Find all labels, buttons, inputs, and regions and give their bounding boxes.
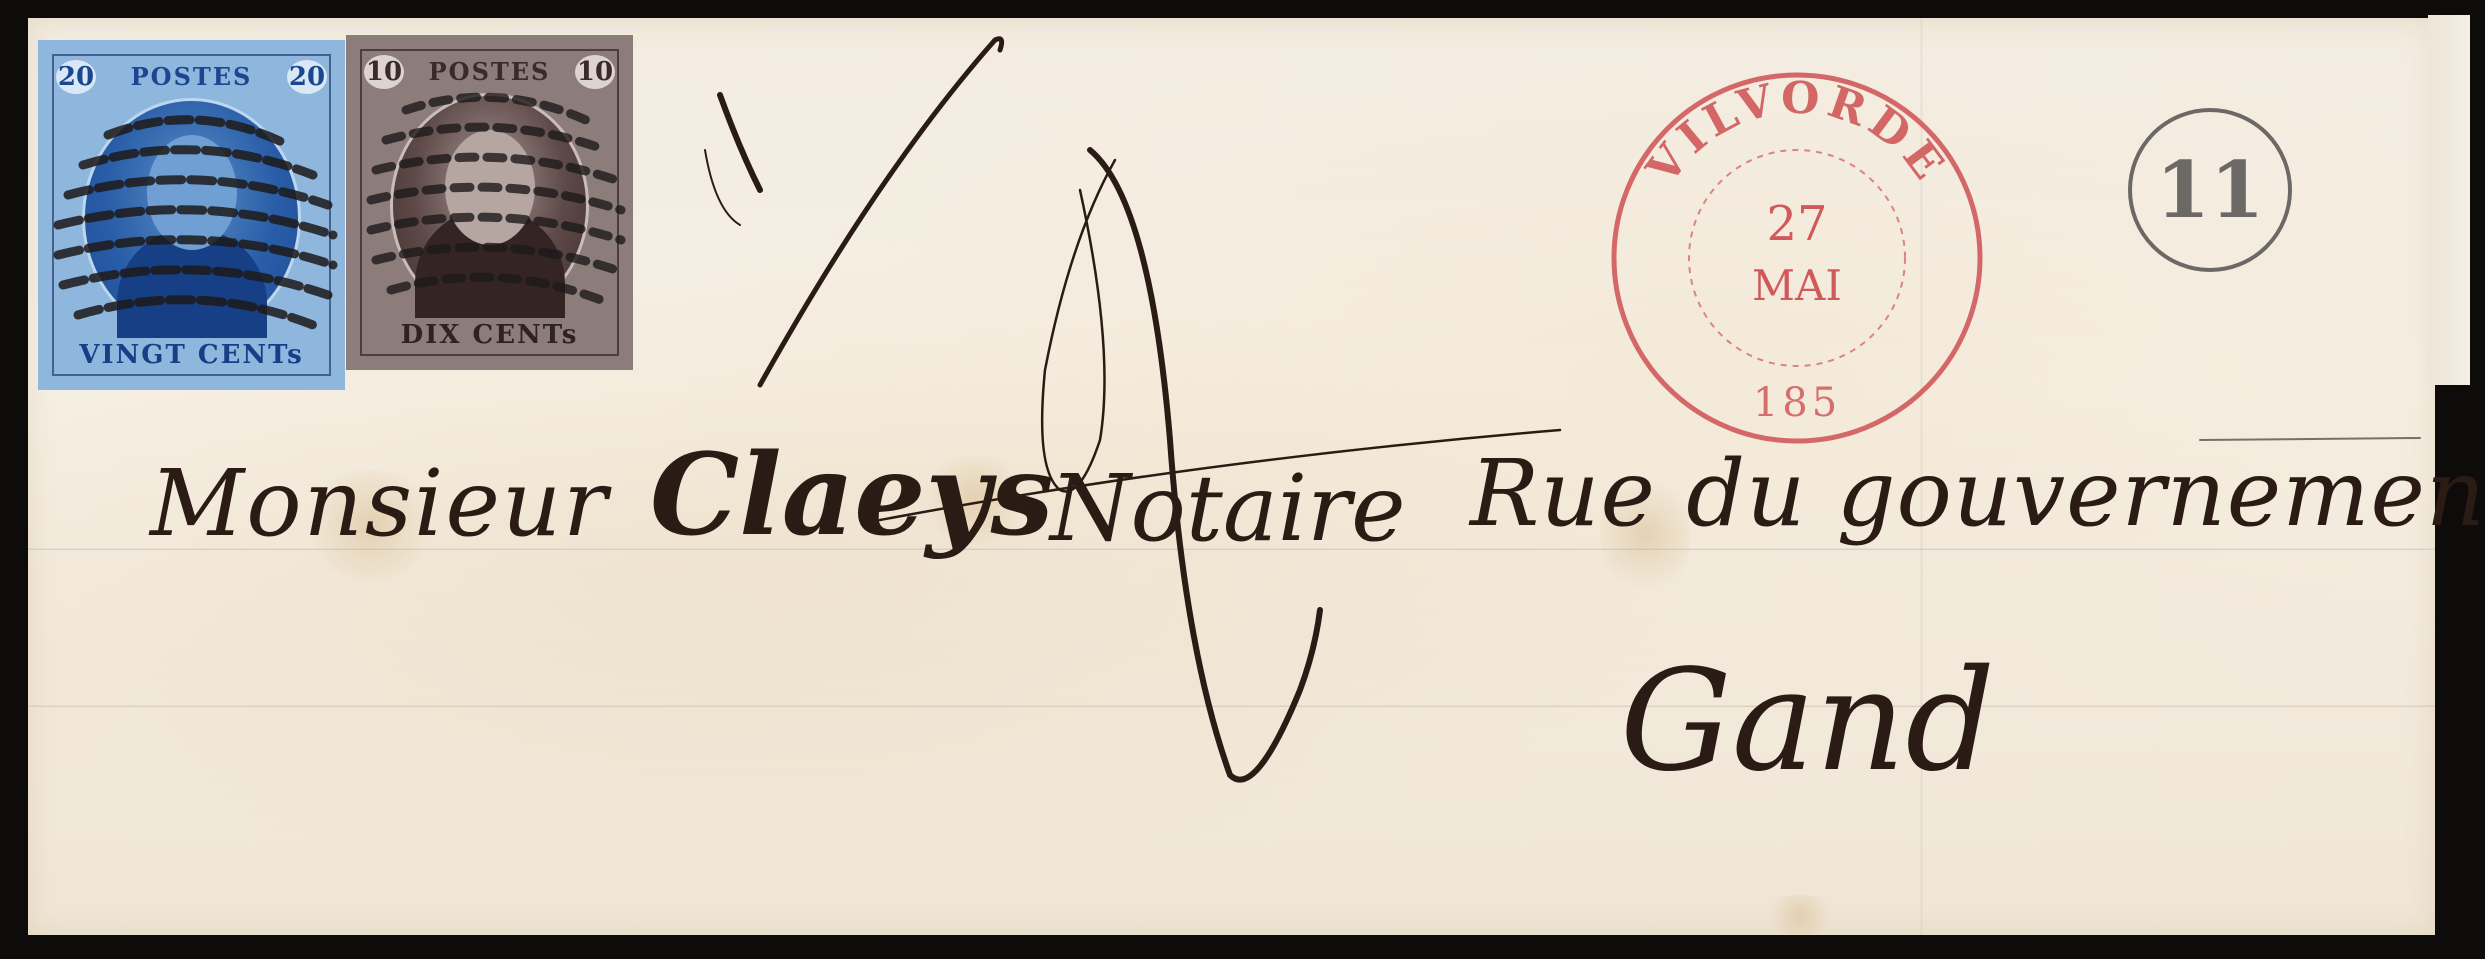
- bar-cancellation-icon: [38, 40, 345, 390]
- datestamp-day: 27: [1766, 196, 1827, 252]
- datestamp-year: 185: [1753, 380, 1841, 426]
- datestamp-month: MAI: [1752, 261, 1842, 310]
- address-street: Rue du gouvernement: [1470, 440, 2485, 547]
- datestamp-town: VILVORDE: [1637, 72, 1957, 194]
- stamp-10-centimes: 10 10 POSTES DIX CENTs: [346, 35, 633, 370]
- address-title: Notaire: [1050, 455, 1406, 562]
- circle-mark-text: 11: [2156, 145, 2265, 236]
- svg-text:VILVORDE: VILVORDE: [1637, 72, 1957, 194]
- address-city: Gand: [1620, 640, 1995, 803]
- folded-flap: [2428, 15, 2470, 385]
- address-salutation: Monsieur: [150, 450, 609, 557]
- address-name: Claeys: [650, 430, 1054, 561]
- stamp-20-centimes: 20 20 POSTES VINGT CENTs: [38, 40, 345, 390]
- circle-office-mark: 11: [2125, 105, 2295, 275]
- town-datestamp: VILVORDE 27 MAI 185: [1607, 68, 1987, 448]
- paper-stain: [1760, 895, 1840, 935]
- fold-crease: [28, 705, 2435, 708]
- bar-cancellation-icon: [346, 35, 633, 370]
